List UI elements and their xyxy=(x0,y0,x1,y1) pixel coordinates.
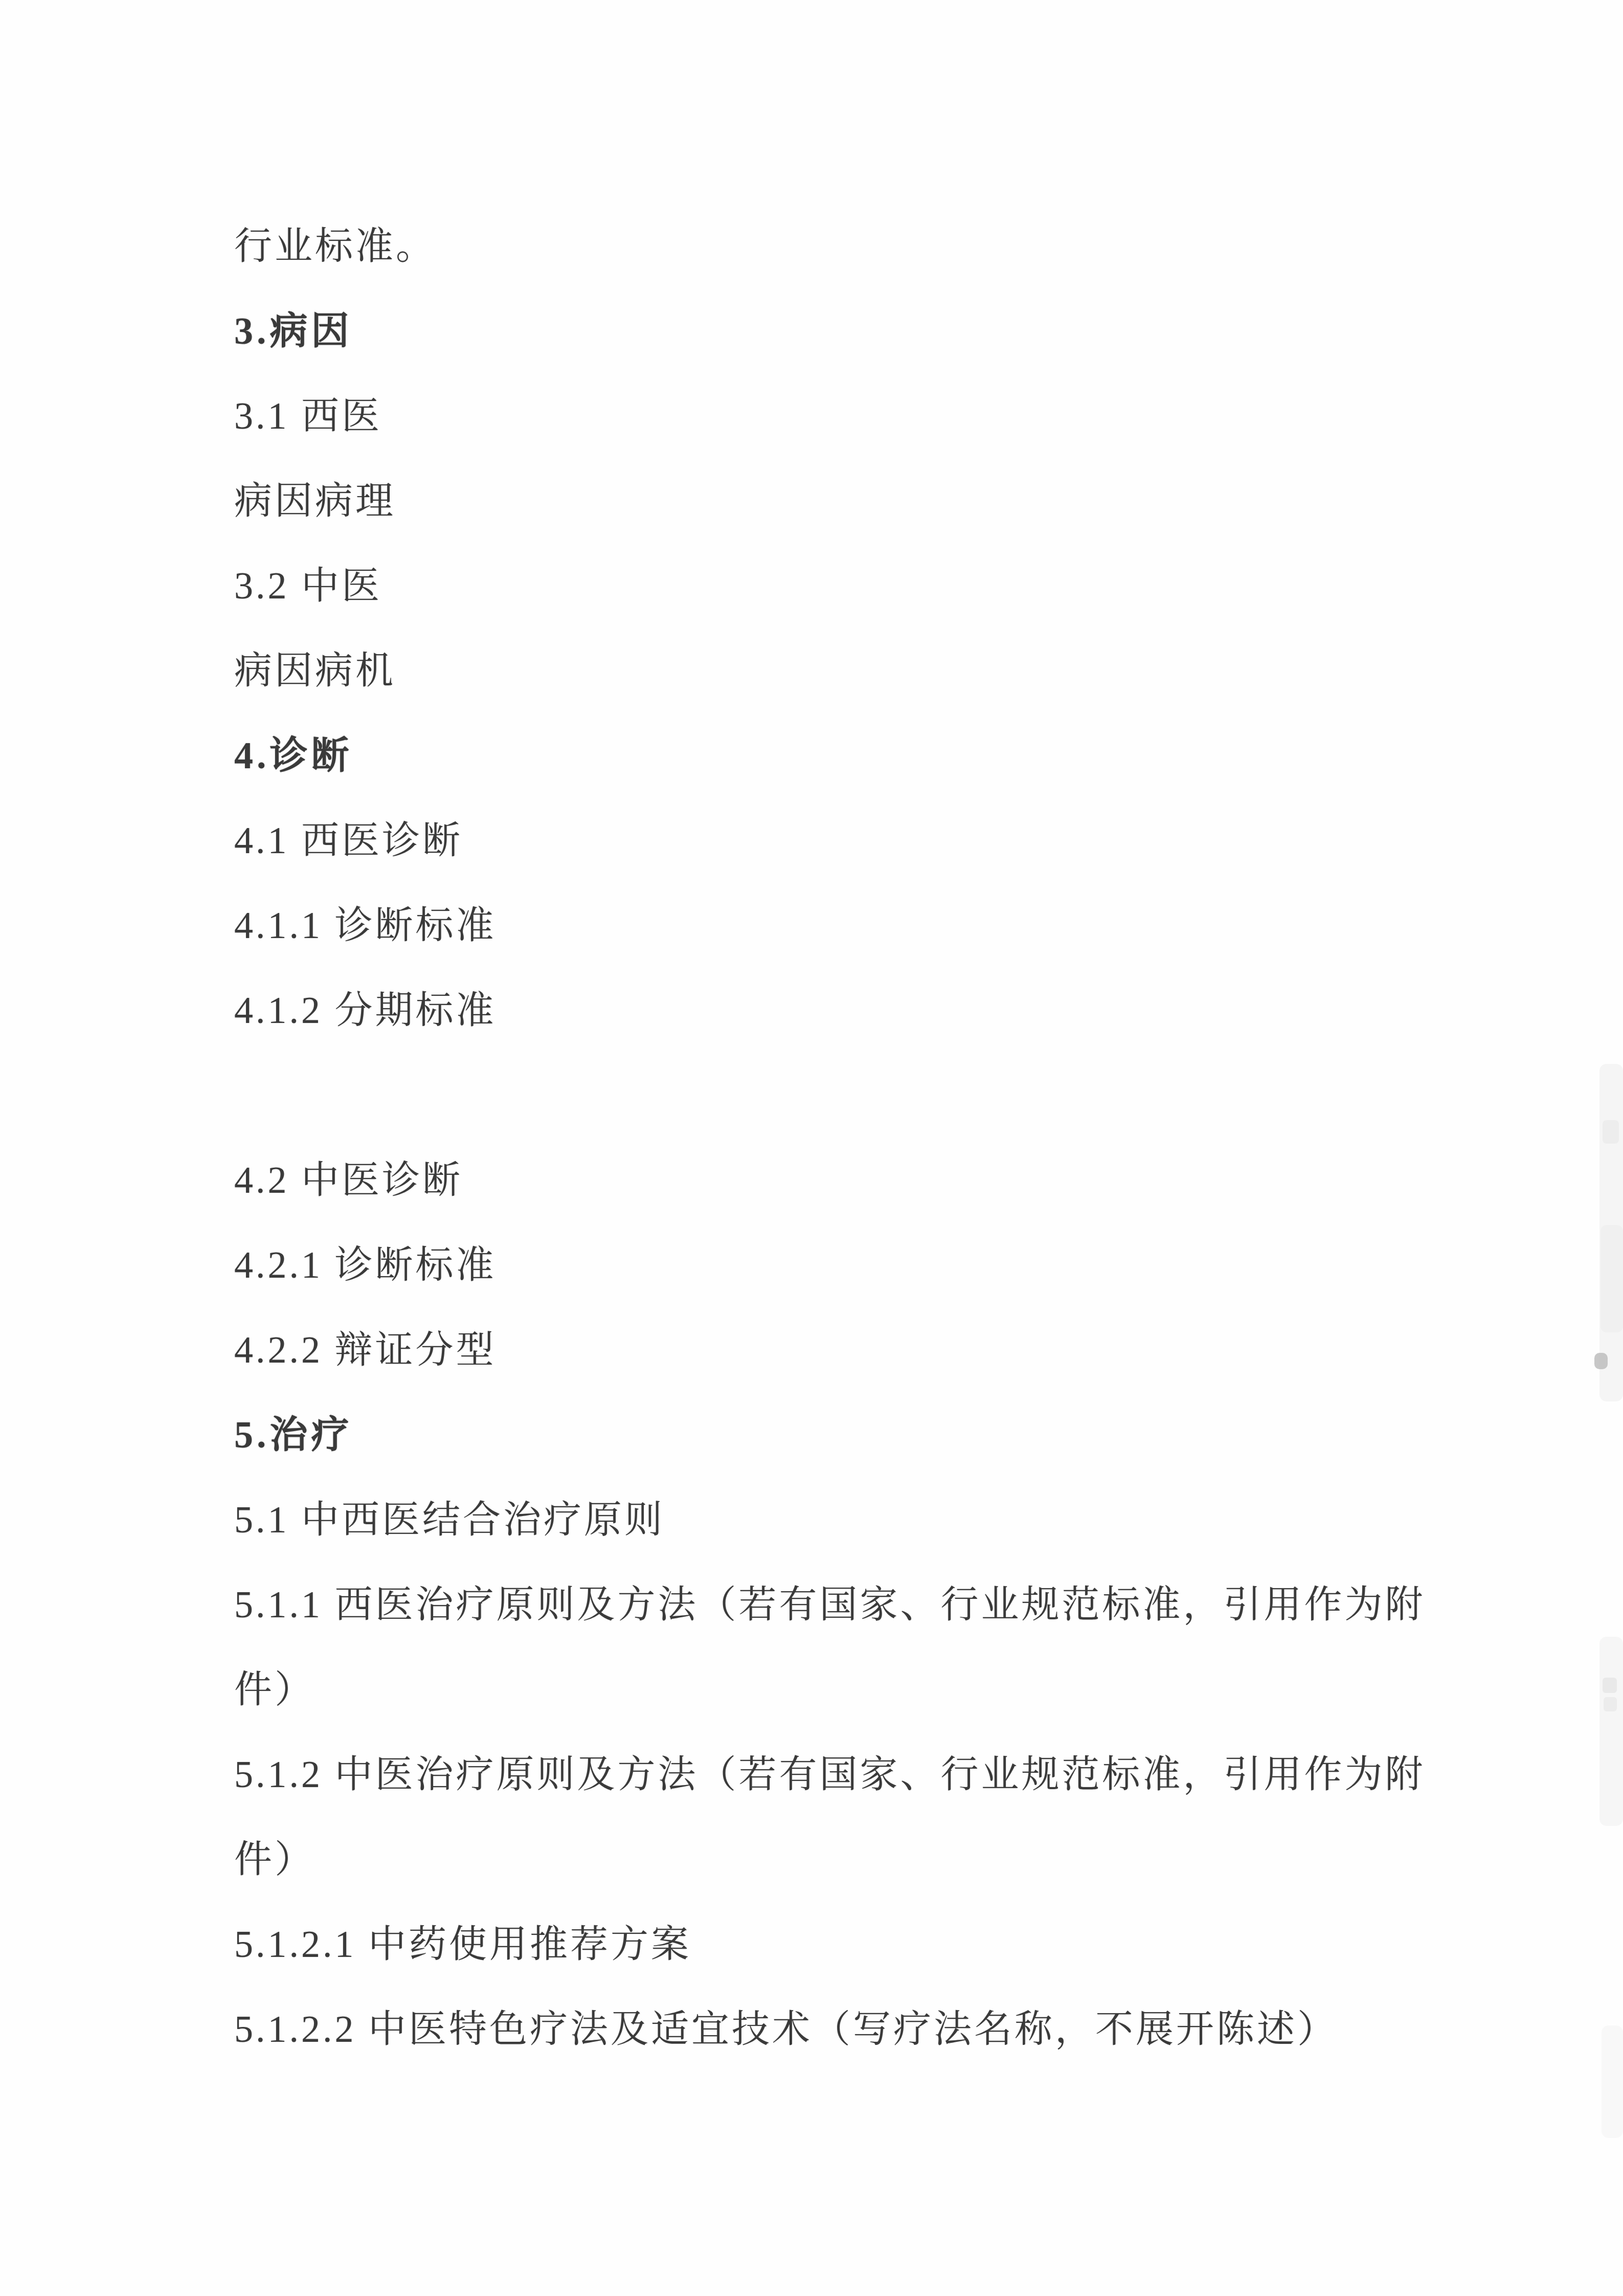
scan-smudge xyxy=(1604,1697,1617,1711)
scan-smudge xyxy=(1599,1637,1623,1826)
scan-smudge xyxy=(1603,1120,1619,1144)
scan-smudge xyxy=(1601,1225,1623,1332)
document-line: 4.1 西医诊断 xyxy=(234,817,1543,902)
scan-smudge xyxy=(1602,2025,1623,2138)
document-line: 5.1.2.2 中医特色疗法及适宜技术（写疗法名称，不展开陈述） xyxy=(234,2006,1543,2091)
document-line: 3.2 中医 xyxy=(234,563,1543,648)
document-line: 4.2.2 辩证分型 xyxy=(234,1327,1543,1412)
scan-smudge xyxy=(1594,1353,1608,1369)
document-line: 4.2.1 诊断标准 xyxy=(234,1242,1543,1327)
document-line: 4.1.2 分期标准 xyxy=(234,987,1543,1072)
document-line: 5.1.2 中医治疗原则及方法（若有国家、行业规范标准，引用作为附 xyxy=(234,1751,1543,1836)
document-line: 5.1.2.1 中药使用推荐方案 xyxy=(234,1921,1543,2006)
document-line: 5.治疗 xyxy=(234,1412,1543,1497)
document-line: 4.诊断 xyxy=(234,732,1543,817)
document-line: 3.1 西医 xyxy=(234,393,1543,478)
scan-smudge xyxy=(1603,1678,1617,1693)
document-line: 5.1 中西医结合治疗原则 xyxy=(234,1497,1543,1581)
document-line: 件） xyxy=(234,1666,1543,1751)
document-line: 3.病因 xyxy=(234,308,1543,393)
document-line xyxy=(234,1072,1543,1157)
document-line: 件） xyxy=(234,1836,1543,1921)
document-line: 5.1.1 西医治疗原则及方法（若有国家、行业规范标准，引用作为附 xyxy=(234,1581,1543,1666)
scan-smudge xyxy=(1599,1064,1623,1401)
document-line: 4.2 中医诊断 xyxy=(234,1157,1543,1242)
document-text-block: 行业标准。3.病因3.1 西医病因病理3.2 中医病因病机4.诊断4.1 西医诊… xyxy=(234,223,1543,2091)
document-line: 病因病机 xyxy=(234,648,1543,732)
scanned-document-page: 行业标准。3.病因3.1 西医病因病理3.2 中医病因病机4.诊断4.1 西医诊… xyxy=(0,0,1623,2296)
document-line: 行业标准。 xyxy=(234,223,1543,308)
document-line: 病因病理 xyxy=(234,478,1543,563)
document-line: 4.1.1 诊断标准 xyxy=(234,902,1543,987)
